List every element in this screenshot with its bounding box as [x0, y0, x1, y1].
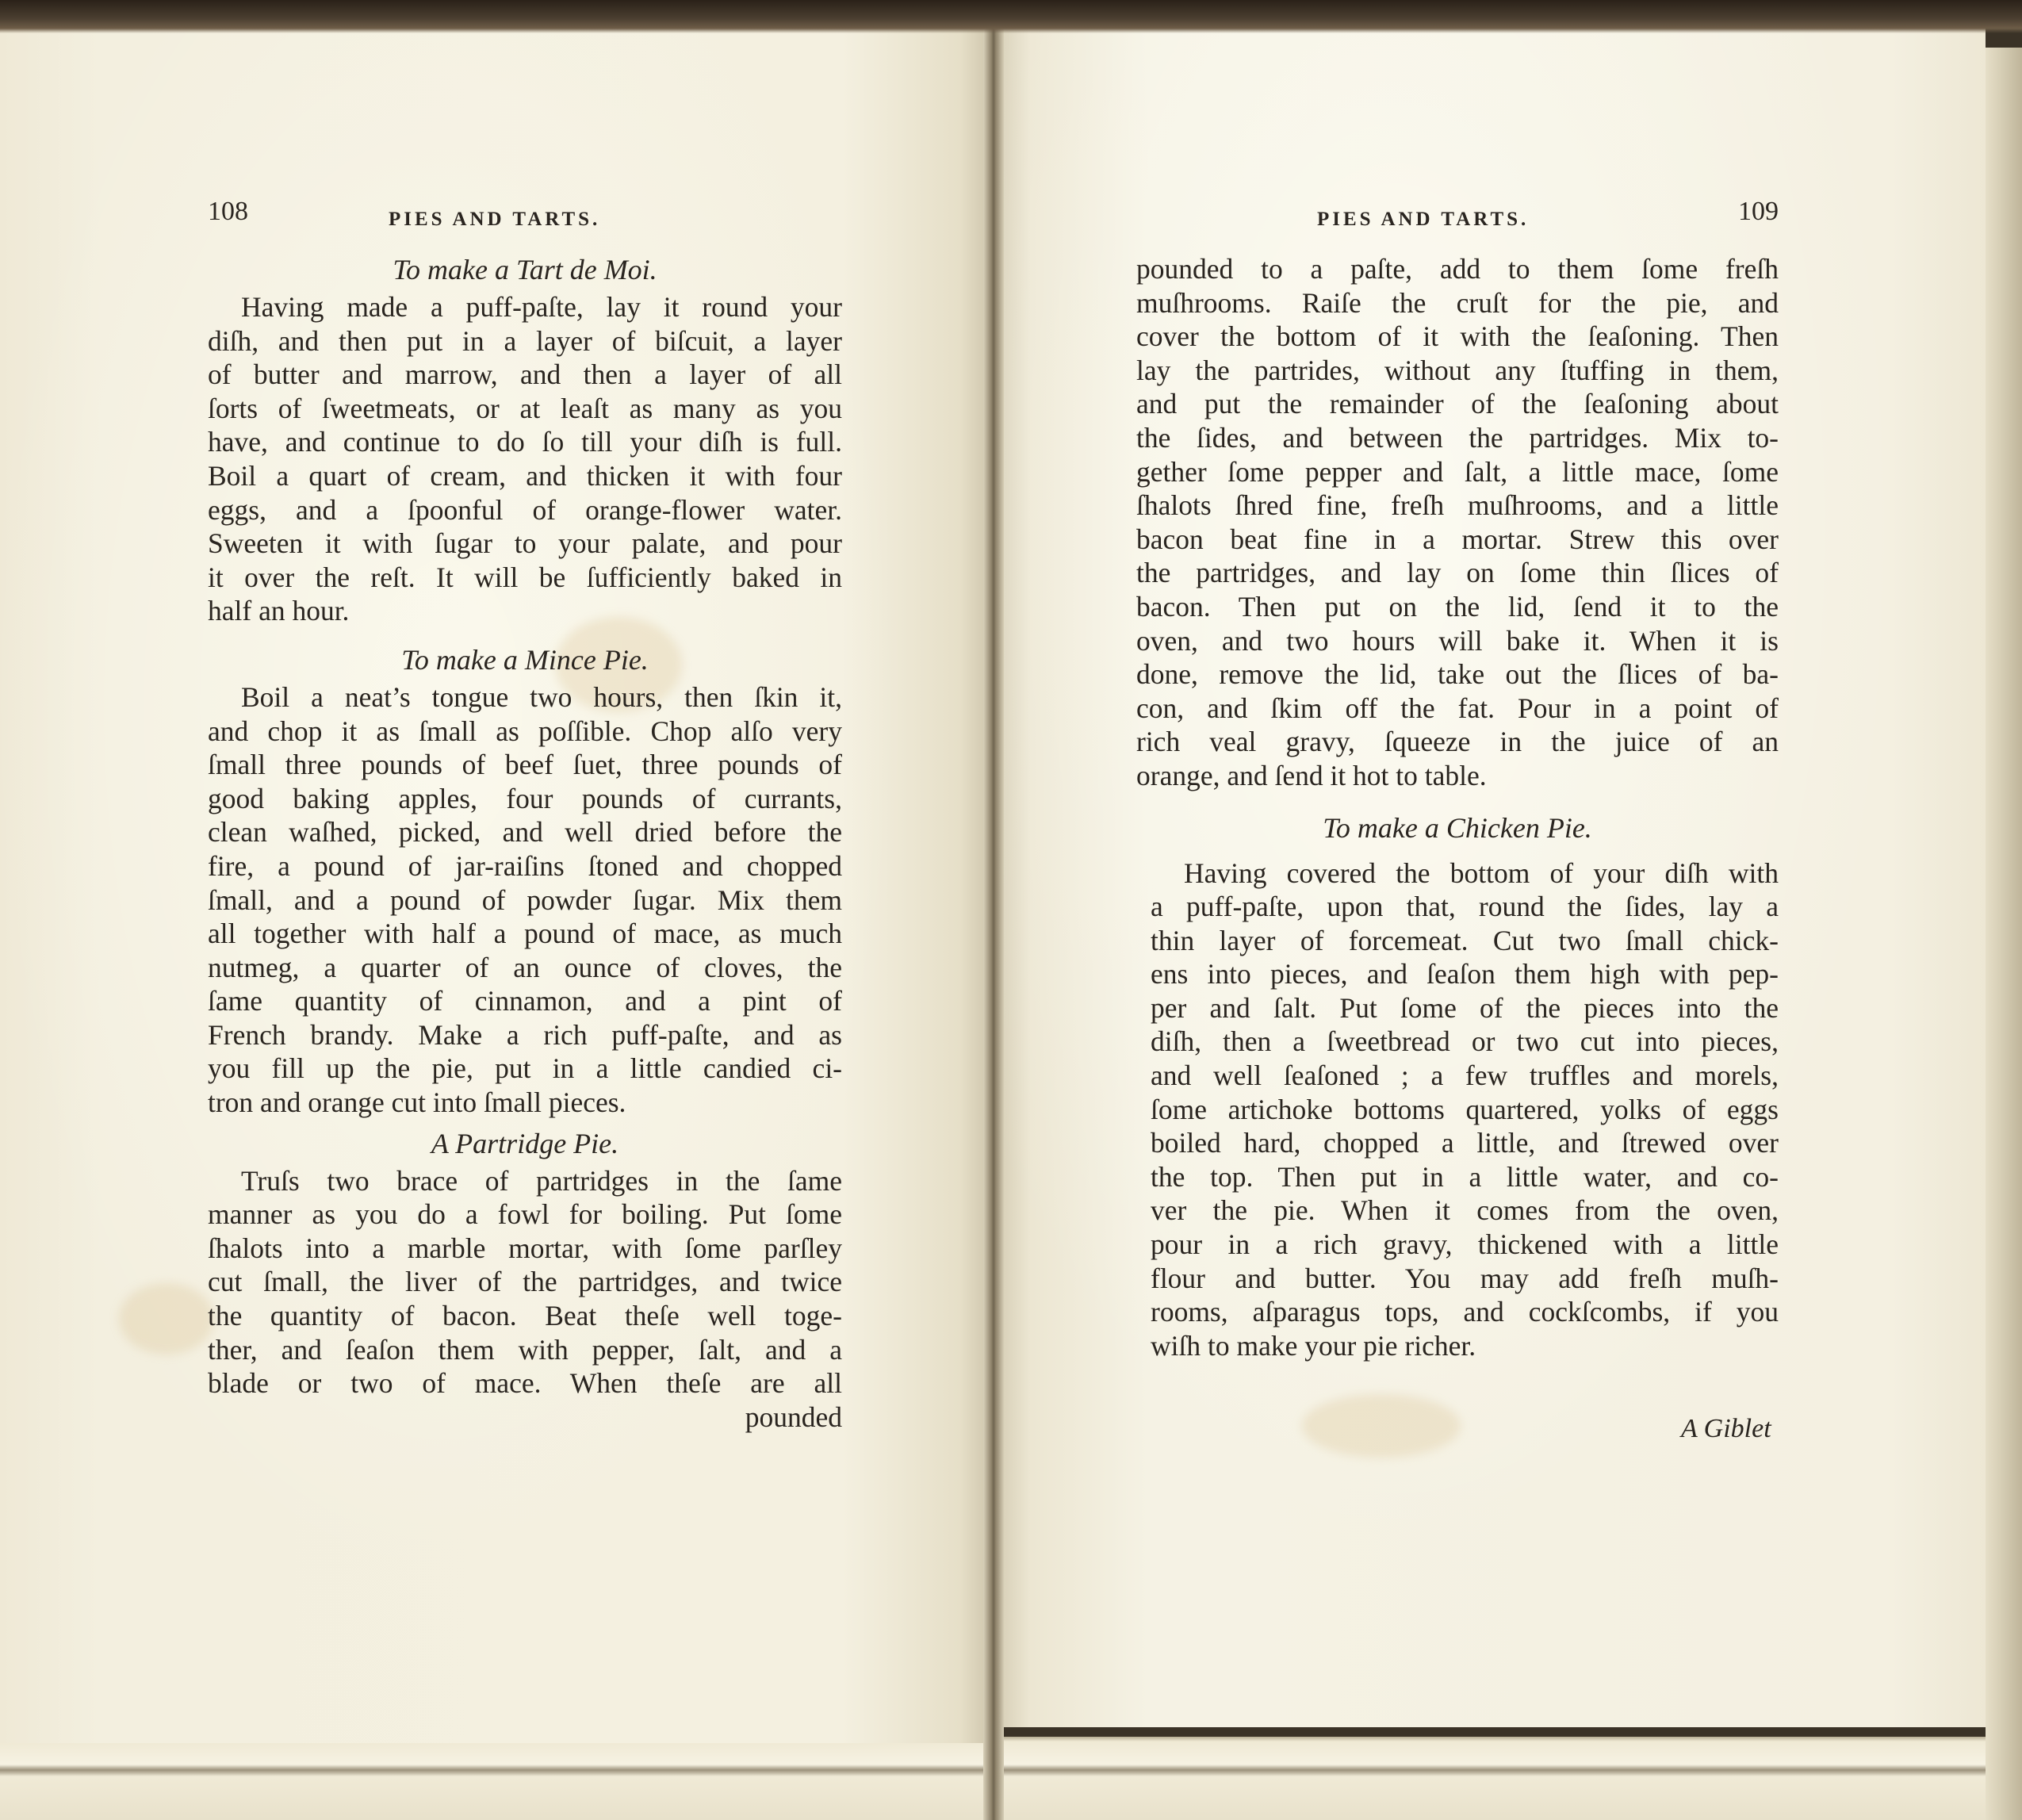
running-head-title: PIES AND TARTS. [1317, 203, 1529, 237]
text-line: nutmeg, a quarter of an ounce of cloves,… [208, 951, 842, 985]
text-line: Truſs two brace of partridges in the ſam… [208, 1164, 842, 1198]
text-line: and well ſeaſoned ; a few truffles and m… [1151, 1059, 1779, 1093]
text-line: clean waſhed, picked, and well dried bef… [208, 815, 842, 849]
recipe-paragraph: Having made a puff-paſte, lay it round y… [208, 290, 842, 628]
fore-edge [1986, 48, 2022, 1820]
text-line: a puff-paſte, upon that, round the ſides… [1151, 890, 1779, 924]
text-line: ſame quantity of cinnamon, and a pint of [208, 984, 842, 1018]
text-line: half an hour. [208, 594, 842, 628]
text-line: eggs, and a ſpoonful of orange-flower wa… [208, 493, 842, 527]
text-line: orange, and ſend it hot to table. [1136, 759, 1779, 793]
text-line: ſome artichoke bottoms quartered, yolks … [1151, 1093, 1779, 1127]
text-line: cover the bottom of it with the ſeaſonin… [1136, 320, 1779, 354]
text-line: and put the remainder of the ſeaſoning a… [1136, 387, 1779, 421]
text-line: ſhalots ſhred fine, freſh muſhrooms, and… [1136, 489, 1779, 523]
text-line: Having made a puff-paſte, lay it round y… [208, 290, 842, 324]
text-line: oven, and two hours will bake it. When i… [1136, 624, 1779, 658]
text-line: ſhalots into a marble mortar, with ſome … [208, 1232, 842, 1266]
text-line: Boil a neat’s tongue two hours, then ſki… [208, 680, 842, 715]
text-line: per and ſalt. Put ſome of the pieces int… [1151, 991, 1779, 1025]
text-line: wiſh to make your pie richer. [1151, 1329, 1779, 1363]
text-line: the quantity of bacon. Beat theſe well t… [208, 1299, 842, 1333]
text-line: con, and ſkim off the fat. Pour in a poi… [1136, 692, 1779, 726]
text-line: muſhrooms. Raiſe the cruſt for the pie, … [1136, 286, 1779, 320]
text-line: blade or two of mace. When theſe are all [208, 1366, 842, 1400]
page-number: 108 [208, 195, 248, 229]
text-line: tron and orange cut into ſmall pieces. [208, 1086, 842, 1120]
text-line: cut ſmall, the liver of the partridges, … [208, 1265, 842, 1299]
text-line: gether ſome pepper and ſalt, a little ma… [1136, 455, 1779, 489]
book-spread: 108 PIES AND TARTS. To make a Tart de Mo… [0, 0, 2022, 1820]
lower-page-edges [0, 1737, 2022, 1820]
continued-paragraph: pounded to a paſte, add to them ſome fre… [1136, 252, 1779, 793]
recipe-paragraph: Truſs two brace of partridges in the ſam… [208, 1164, 842, 1435]
text-line: fire, a pound of jar-raiſins ſtoned and … [208, 849, 842, 883]
right-text-block: PIES AND TARTS. 109 pounded to a paſte, … [1136, 200, 1779, 1362]
recipe-paragraph: Boil a neat’s tongue two hours, then ſki… [208, 680, 842, 1120]
text-line: boiled hard, chopped a little, and ſtrew… [1151, 1126, 1779, 1160]
foxing-stain [119, 1283, 214, 1354]
binding-top-edge [0, 0, 2022, 33]
text-line: have, and continue to do ſo till your di… [208, 425, 842, 459]
text-line: rich veal gravy, ſqueeze in the juice of… [1136, 725, 1779, 759]
text-line: diſh, and then put in a layer of biſcuit… [208, 324, 842, 358]
text-line: manner as you do a fowl for boiling. Put… [208, 1197, 842, 1232]
left-text-block: 108 PIES AND TARTS. To make a Tart de Mo… [208, 200, 842, 1434]
running-head-title: PIES AND TARTS. [389, 203, 600, 237]
text-line: and chop it as ſmall as poſſible. Chop a… [208, 715, 842, 749]
recipe-title: A Partridge Pie. [208, 1126, 842, 1161]
catchword: A Giblet [1681, 1414, 1771, 1444]
text-line: Having covered the bottom of your diſh w… [1151, 856, 1779, 891]
catchword: pounded [208, 1400, 842, 1435]
recipe-paragraph: Having covered the bottom of your diſh w… [1136, 856, 1779, 1363]
text-line: ver the pie. When it comes from the oven… [1151, 1194, 1779, 1228]
text-line: pour in a rich gravy, thickened with a l… [1151, 1228, 1779, 1262]
book-gutter [983, 24, 1004, 1820]
text-line: thin layer of forcemeat. Cut two ſmall c… [1151, 924, 1779, 958]
text-line: diſh, then a ſweetbread or two cut into … [1151, 1025, 1779, 1059]
text-line: Boil a quart of cream, and thicken it wi… [208, 459, 842, 493]
text-line: the top. Then put in a little water, and… [1151, 1160, 1779, 1194]
text-line: all together with half a pound of mace, … [208, 917, 842, 951]
recipe-title: To make a Mince Pie. [208, 642, 842, 677]
right-running-head: PIES AND TARTS. 109 [1136, 200, 1779, 235]
text-line: the ſides, and between the partridges. M… [1136, 421, 1779, 455]
text-line: bacon beat fine in a mortar. Strew this … [1136, 523, 1779, 557]
foxing-stain [1302, 1394, 1461, 1458]
text-line: ens into pieces, and ſeaſon them high wi… [1151, 957, 1779, 991]
text-line: bacon. Then put on the lid, ſend it to t… [1136, 590, 1779, 624]
text-line: of butter and marrow, and then a layer o… [208, 358, 842, 392]
text-line: flour and butter. You may add freſh muſh… [1151, 1262, 1779, 1296]
recipe-title: To make a Tart de Moi. [208, 252, 842, 287]
text-line: Sweeten it with ſugar to your palate, an… [208, 527, 842, 561]
text-line: good baking apples, four pounds of curra… [208, 782, 842, 816]
text-line: French brandy. Make a rich puff-paſte, a… [208, 1018, 842, 1052]
recipe-title: To make a Chicken Pie. [1136, 810, 1779, 845]
text-line: lay the partrides, without any ſtuffing … [1136, 354, 1779, 388]
text-line: it over the reſt. It will be ſufficientl… [208, 561, 842, 595]
text-line: pounded to a paſte, add to them ſome fre… [1136, 252, 1779, 286]
text-line: ſmall three pounds of beef ſuet, three p… [208, 748, 842, 782]
page-number: 109 [1738, 195, 1779, 229]
text-line: you fill up the pie, put in a little can… [208, 1052, 842, 1086]
text-line: ſmall, and a pound of powder ſugar. Mix … [208, 883, 842, 918]
text-line: done, remove the lid, take out the ſlice… [1136, 657, 1779, 692]
text-line: ther, and ſeaſon them with pepper, ſalt,… [208, 1333, 842, 1367]
left-running-head: 108 PIES AND TARTS. [208, 200, 842, 235]
text-line: the partridges, and lay on ſome thin ſli… [1136, 556, 1779, 590]
text-line: ſorts of ſweetmeats, or at leaſt as many… [208, 392, 842, 426]
text-line: rooms, aſparagus tops, and cockſcombs, i… [1151, 1295, 1779, 1329]
